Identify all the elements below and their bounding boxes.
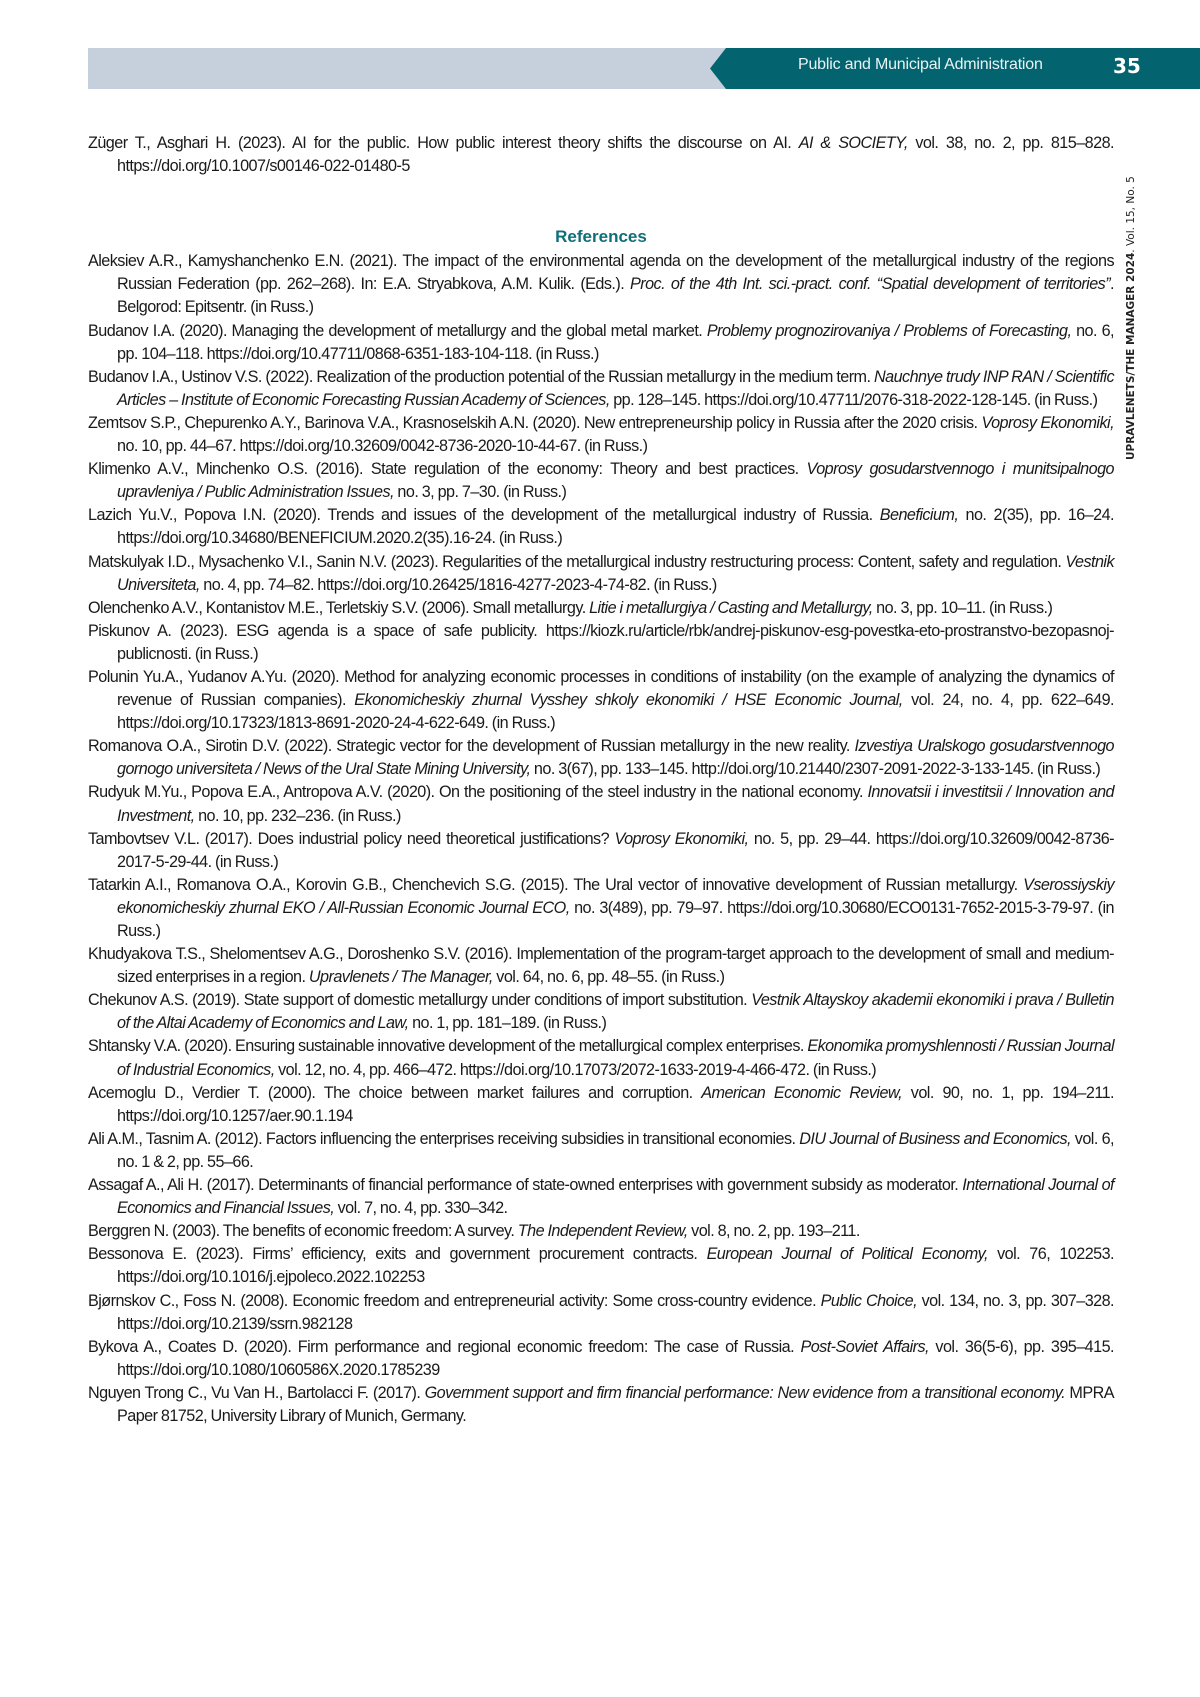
reference-text: Rudyuk M.Yu., Popova E.A., Antropova A.V… bbox=[88, 783, 867, 801]
reference-source: Beneficium, bbox=[880, 506, 959, 524]
reference-source: DIU Journal of Business and Economics, bbox=[799, 1130, 1071, 1148]
reference-text: Bessonova E. (2023). Firms’ efficiency, … bbox=[88, 1245, 707, 1263]
reference-source: Public Choice, bbox=[821, 1292, 917, 1310]
reference-details: no. 4, pp. 74–82. https://doi.org/10.264… bbox=[200, 576, 717, 594]
journal-issue: . Vol. 15, No. 5 bbox=[1125, 176, 1137, 253]
reference-text: Tambovtsev V.L. (2017). Does industrial … bbox=[88, 830, 614, 848]
reference-entry: Chekunov A.S. (2019). State support of d… bbox=[88, 989, 1114, 1035]
reference-entry: Aleksiev A.R., Kamyshanchenko E.N. (2021… bbox=[88, 250, 1114, 319]
reference-entry: Tatarkin A.I., Romanova O.A., Korovin G.… bbox=[88, 874, 1114, 943]
reference-details: no. 10, pp. 232–236. (in Russ.) bbox=[195, 807, 401, 825]
reference-entry: Züger T., Asghari H. (2023). AI for the … bbox=[88, 132, 1114, 178]
reference-entry: Tambovtsev V.L. (2017). Does industrial … bbox=[88, 828, 1114, 874]
reference-source: Government support and firm financial pe… bbox=[425, 1384, 1066, 1402]
reference-source: Litie i metallurgiya / Casting and Metal… bbox=[589, 599, 873, 617]
reference-details: no. 1, pp. 181–189. (in Russ.) bbox=[409, 1014, 607, 1032]
reference-entry: Acemoglu D., Verdier T. (2000). The choi… bbox=[88, 1082, 1114, 1128]
reference-details: no. 3, pp. 10–11. (in Russ.) bbox=[873, 599, 1053, 617]
reference-entry: Polunin Yu.A., Yudanov A.Yu. (2020). Met… bbox=[88, 666, 1114, 735]
reference-source: AI & SOCIETY, bbox=[799, 134, 908, 152]
reference-entry: Matskulyak I.D., Mysachenko V.I., Sanin … bbox=[88, 551, 1114, 597]
reference-source: American Economic Review, bbox=[701, 1084, 902, 1102]
reference-text: Piskunov A. (2023). ESG agenda is a spac… bbox=[88, 622, 1114, 663]
references-list: Aleksiev A.R., Kamyshanchenko E.N. (2021… bbox=[88, 250, 1114, 1428]
reference-details: vol. 7, no. 4, pp. 330–342. bbox=[334, 1199, 507, 1217]
reference-source: Problemy prognozirovaniya / Problems of … bbox=[707, 322, 1072, 340]
reference-source: Upravlenets / The Manager, bbox=[309, 968, 493, 986]
reference-text: Chekunov A.S. (2019). State support of d… bbox=[88, 991, 751, 1009]
reference-text: Ali A.M., Tasnim A. (2012). Factors infl… bbox=[88, 1130, 799, 1148]
reference-details: no. 10, pp. 44–67. https://doi.org/10.32… bbox=[117, 437, 647, 455]
reference-source: European Journal of Political Economy, bbox=[707, 1245, 988, 1263]
reference-entry: Budanov I.A. (2020). Managing the develo… bbox=[88, 320, 1114, 366]
reference-details: no. 3, pp. 7–30. (in Russ.) bbox=[394, 483, 566, 501]
reference-text: Lazich Yu.V., Popova I.N. (2020). Trends… bbox=[88, 506, 880, 524]
reference-text: Züger T., Asghari H. (2023). AI for the … bbox=[88, 134, 799, 152]
reference-text: Shtansky V.A. (2020). Ensuring sustainab… bbox=[88, 1037, 807, 1055]
reference-text: Matskulyak I.D., Mysachenko V.I., Sanin … bbox=[88, 553, 1065, 571]
reference-text: Bjørnskov C., Foss N. (2008). Economic f… bbox=[88, 1292, 821, 1310]
reference-entry: Berggren N. (2003). The benefits of econ… bbox=[88, 1220, 1114, 1243]
reference-entry: Budanov I.A., Ustinov V.S. (2022). Reali… bbox=[88, 366, 1114, 412]
reference-entry: Bessonova E. (2023). Firms’ efficiency, … bbox=[88, 1243, 1114, 1289]
reference-text: Romanova O.A., Sirotin D.V. (2022). Stra… bbox=[88, 737, 854, 755]
reference-details: vol. 12, no. 4, pp. 466–472. https://doi… bbox=[275, 1061, 877, 1079]
page-content: Züger T., Asghari H. (2023). AI for the … bbox=[88, 132, 1114, 1428]
reference-text: Klimenko A.V., Minchenko O.S. (2016). St… bbox=[88, 460, 807, 478]
reference-text: Bykova A., Coates D. (2020). Firm perfor… bbox=[88, 1338, 800, 1356]
reference-text: Assagaf A., Ali H. (2017). Determinants … bbox=[88, 1176, 962, 1194]
reference-source: The Independent Review, bbox=[518, 1222, 688, 1240]
reference-entry: Romanova O.A., Sirotin D.V. (2022). Stra… bbox=[88, 735, 1114, 781]
reference-text: Zemtsov S.P., Chepurenko A.Y., Barinova … bbox=[88, 414, 981, 432]
reference-entry: Bjørnskov C., Foss N. (2008). Economic f… bbox=[88, 1290, 1114, 1336]
reference-entry: Ali A.M., Tasnim A. (2012). Factors infl… bbox=[88, 1128, 1114, 1174]
reference-entry: Olenchenko A.V., Kontanistov M.E., Terle… bbox=[88, 597, 1114, 620]
reference-source: Proc. of the 4th Int. sci.-pract. conf. … bbox=[630, 275, 1110, 293]
page-number: 35 bbox=[1113, 54, 1141, 78]
reference-text: Tatarkin A.I., Romanova O.A., Korovin G.… bbox=[88, 876, 1023, 894]
reference-entry: Zemtsov S.P., Chepurenko A.Y., Barinova … bbox=[88, 412, 1114, 458]
reference-source: Post-Soviet Affairs, bbox=[800, 1338, 929, 1356]
references-heading: References bbox=[88, 225, 1114, 248]
journal-name: UPRAVLENETS/THE MANAGER 2024 bbox=[1125, 253, 1137, 460]
reference-source: Voprosy Ekonomiki, bbox=[981, 414, 1114, 432]
reference-entry: Khudyakova T.S., Shelomentsev A.G., Doro… bbox=[88, 943, 1114, 989]
section-title: Public and Municipal Administration bbox=[798, 56, 1043, 74]
reference-entry: Shtansky V.A. (2020). Ensuring sustainab… bbox=[88, 1035, 1114, 1081]
reference-entry: Klimenko A.V., Minchenko O.S. (2016). St… bbox=[88, 458, 1114, 504]
reference-details: no. 3(67), pp. 133–145. http://doi.org/1… bbox=[530, 760, 1100, 778]
reference-details: pp. 128–145. https://doi.org/10.47711/20… bbox=[610, 391, 1098, 409]
reference-entry: Lazich Yu.V., Popova I.N. (2020). Trends… bbox=[88, 504, 1114, 550]
reference-text: Nguyen Trong C., Vu Van H., Bartolacci F… bbox=[88, 1384, 425, 1402]
reference-source: Ekonomicheskiy zhurnal Vysshey shkoly ek… bbox=[354, 691, 902, 709]
reference-text: Olenchenko A.V., Kontanistov M.E., Terle… bbox=[88, 599, 589, 617]
reference-entry: Piskunov A. (2023). ESG agenda is a spac… bbox=[88, 620, 1114, 666]
reference-text: Acemoglu D., Verdier T. (2000). The choi… bbox=[88, 1084, 701, 1102]
reference-entry: Bykova A., Coates D. (2020). Firm perfor… bbox=[88, 1336, 1114, 1382]
reference-source: Voprosy Ekonomiki, bbox=[614, 830, 748, 848]
reference-entry: Rudyuk M.Yu., Popova E.A., Antropova A.V… bbox=[88, 781, 1114, 827]
reference-details: vol. 8, no. 2, pp. 193–211. bbox=[688, 1222, 860, 1240]
reference-text: Berggren N. (2003). The benefits of econ… bbox=[88, 1222, 518, 1240]
journal-side-label: UPRAVLENETS/THE MANAGER 2024. Vol. 15, N… bbox=[1125, 176, 1137, 460]
reference-details: vol. 64, no. 6, pp. 48–55. (in Russ.) bbox=[493, 968, 725, 986]
reference-text: Budanov I.A., Ustinov V.S. (2022). Reali… bbox=[88, 368, 874, 386]
reference-text: Budanov I.A. (2020). Managing the develo… bbox=[88, 322, 707, 340]
reference-entry: Nguyen Trong C., Vu Van H., Bartolacci F… bbox=[88, 1382, 1114, 1428]
reference-entry: Assagaf A., Ali H. (2017). Determinants … bbox=[88, 1174, 1114, 1220]
